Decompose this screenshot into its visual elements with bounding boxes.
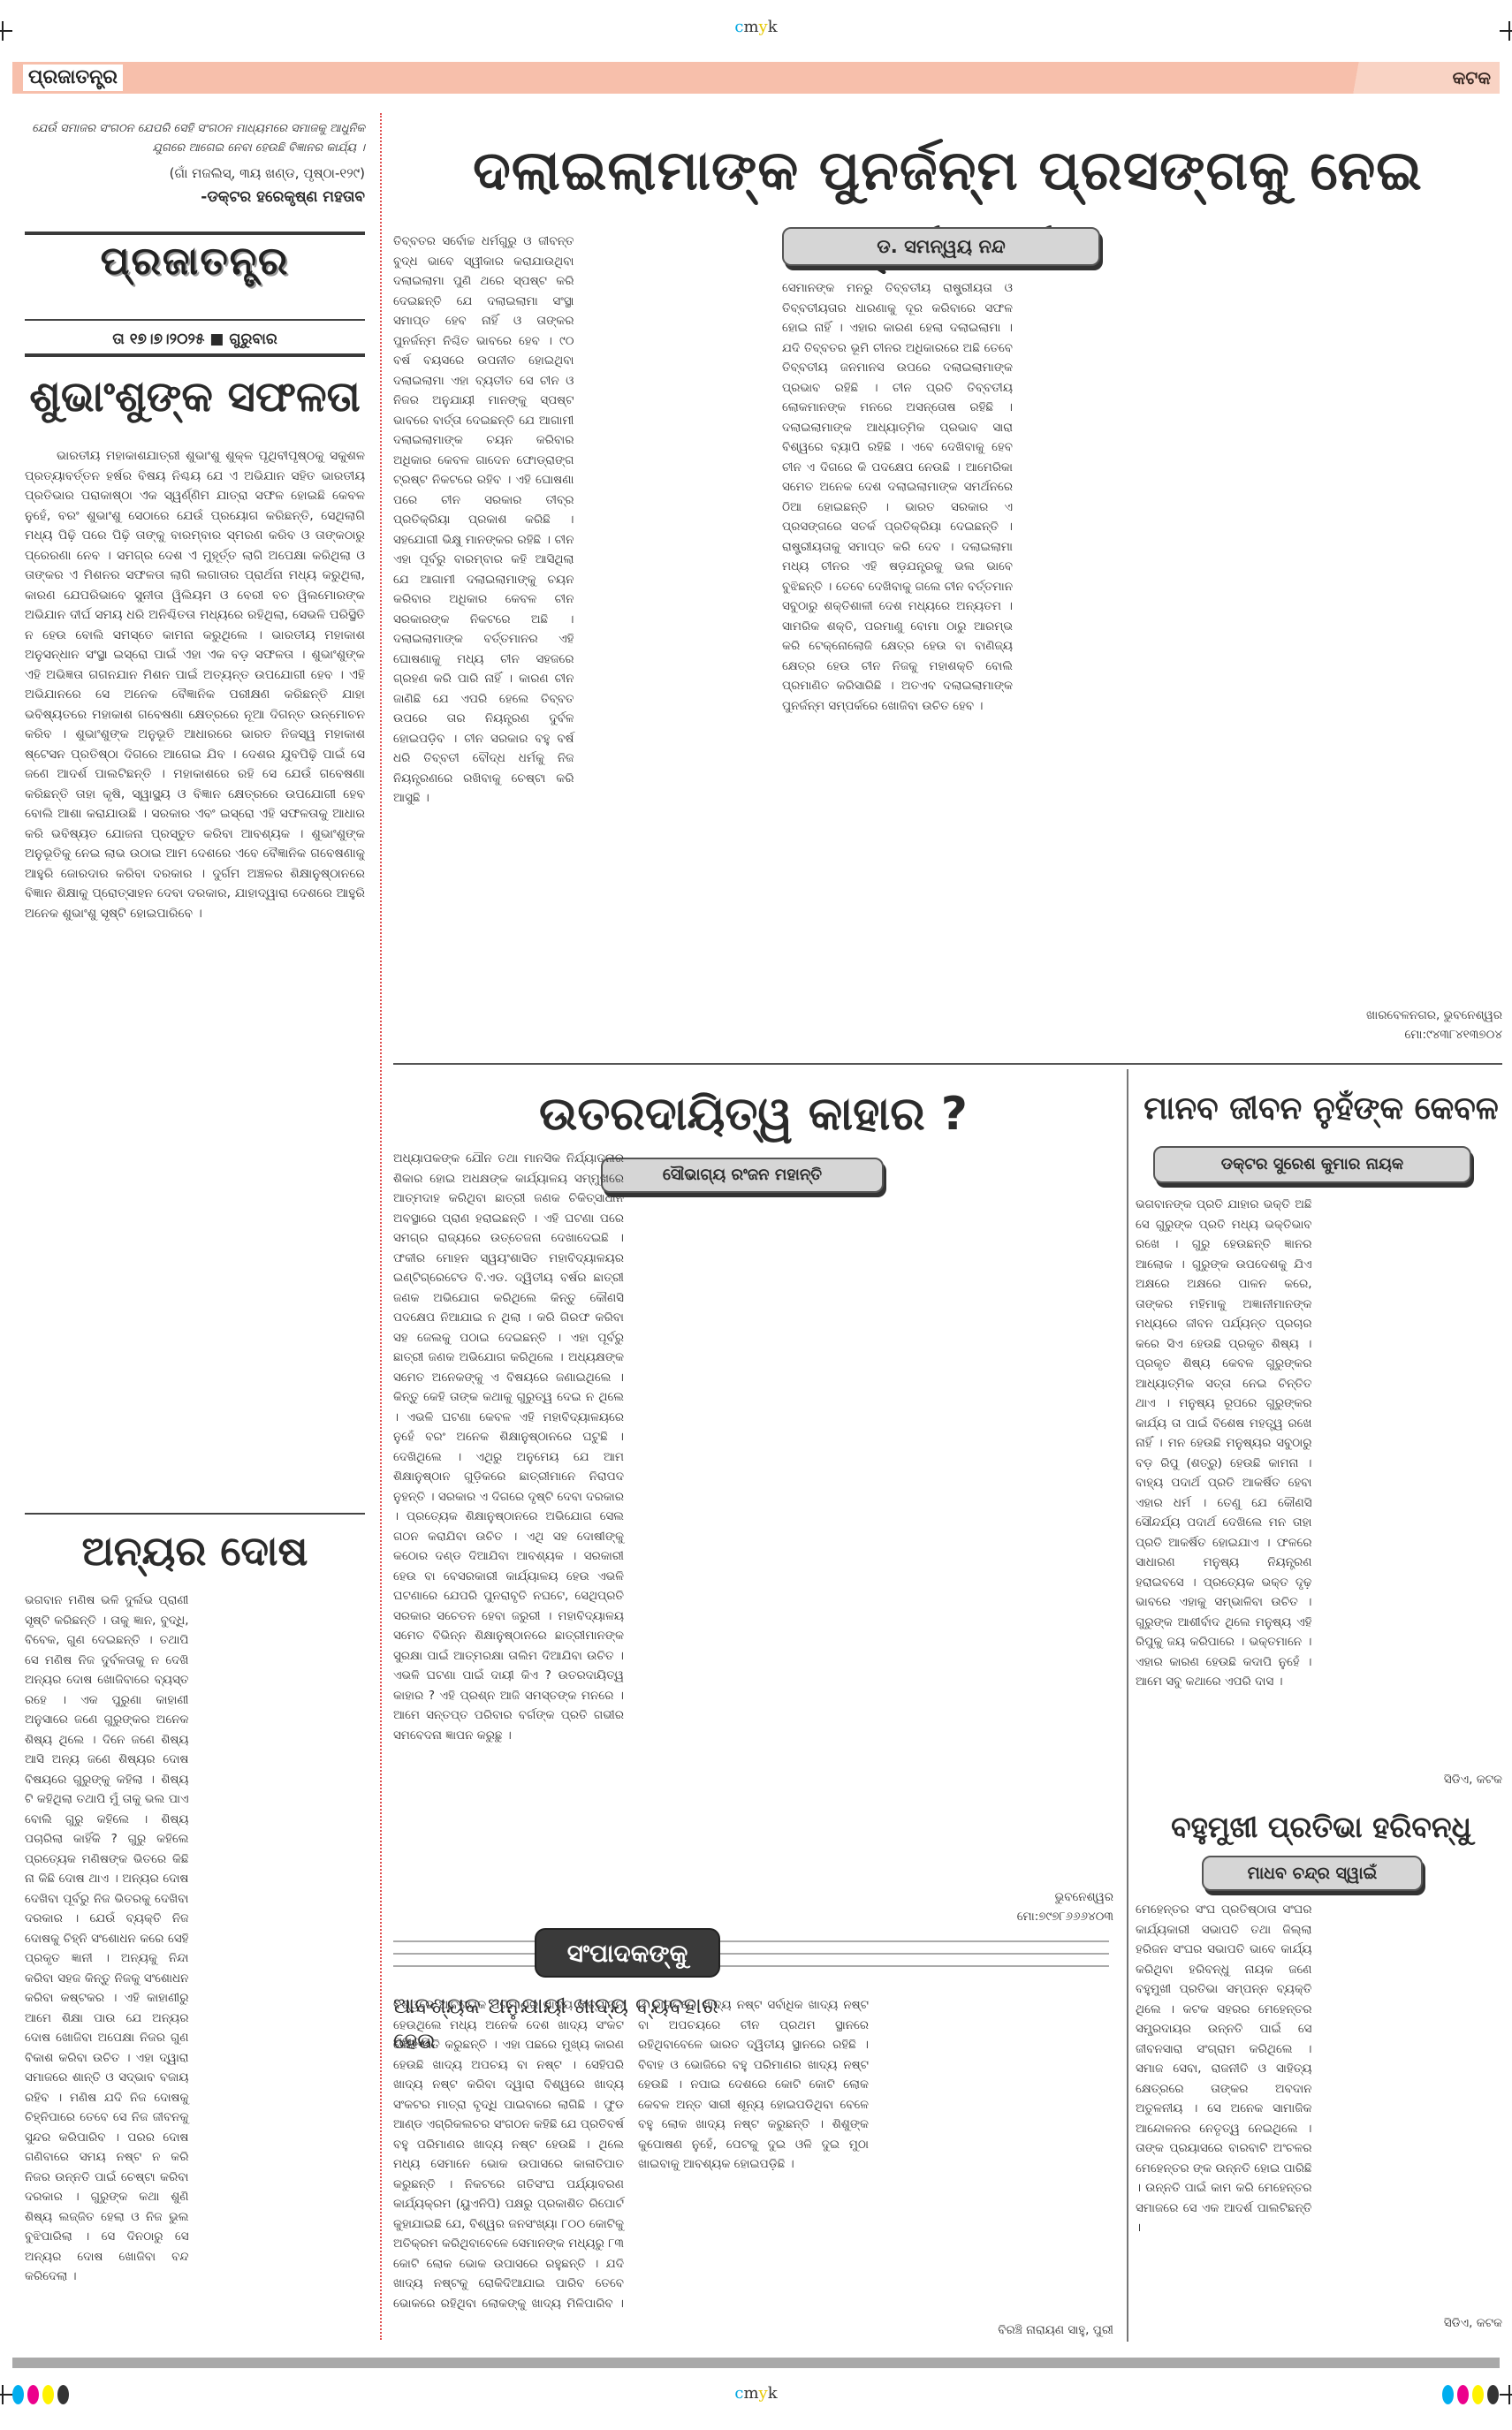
editorial2-body: ଭଗବାନ ମଣିଷ ଭଳି ଦୁର୍ଲଭ ପ୍ରାଣୀ ସୃଷ୍ଟି କରିଛ…: [25, 1591, 365, 2333]
lead-article-body-left: ତିବ୍ବତର ସର୍ବୋଚ୍ଚ ଧର୍ମଗୁରୁ ଓ ଜୀବନ୍ତ ବୁଦ୍ଧ…: [393, 232, 769, 1036]
divider: [25, 1513, 365, 1515]
letter-signoff: ବିରଞ୍ଚି ନାରାୟଣ ସାହୁ, ପୁରୀ: [884, 2320, 1113, 2341]
haribandhu-article-body: ମେହେନ୍ତର ସଂଘ ପ୍ରତିଷ୍ଠାତା ସଂଘର କାର୍ଯ୍ୟକାର…: [1136, 1900, 1502, 2324]
human-life-article-byline: ଡକ୍ଟର ସୁରେଶ କୁମାର ନାୟକ: [1153, 1146, 1471, 1183]
letter-body: ବିଶ୍ୱରେ ଆବଶ୍ୟକ ପରିମାଣର ଖାଦ୍ୟ ଉତ୍ପାଦନ ହେଉ…: [393, 1995, 1113, 2331]
divider: [25, 353, 365, 357]
human-life-article-body: ଭଗବାନଙ୍କ ପ୍ରତି ଯାହାର ଭକ୍ତି ଅଛି ସେ ଗୁରୁଙ୍…: [1136, 1195, 1502, 1747]
header-band: ପ୍ରଜାତନ୍ତ୍ର କଟକ: [12, 62, 1500, 94]
masthead-logo-small: ପ୍ରଜାତନ୍ତ୍ର: [23, 65, 123, 91]
quote-source: (ଗାଁ ମଜଲିସ୍, ୩ୟ ଖଣ୍ଡ, ପୃଷ୍ଠା-୧୨୯): [25, 163, 365, 184]
lead-article-signoff-phone: ମୋ:୯୪୩୮୪୧୩୭୦୪: [1308, 1025, 1502, 1045]
cmyk-label-top: cmyk: [0, 18, 1512, 36]
lead-article-signoff-place: ଖାରବେଳନଗର, ଭୁବନେଶ୍ୱର: [1308, 1006, 1502, 1026]
letters-section-rules: [393, 1937, 1109, 1972]
newspaper-logo: ପ୍ରଜାତନ୍ତ୍ର: [25, 239, 365, 292]
editorial-title: ଶୁଭାଂଶୁଙ୍କ ସଫଳତା: [25, 369, 365, 424]
right-column-divider: [1127, 1069, 1128, 2342]
haribandhu-article-byline: ମାଧବ ଚନ୍ଦ୍ର ସ୍ୱାଇଁ: [1202, 1856, 1423, 1891]
masthead-quote: ଯେଉଁ ସମାଜର ସଂଗଠନ ଯେପରି ସେହି ସଂଗଠନ ମାଧ୍ୟମ…: [25, 119, 365, 158]
human-life-article-title: ମାନବ ଜୀବନ ନୁହଁଙ୍କ କେବଳ: [1136, 1082, 1507, 1135]
lead-article-byline: ଡ. ସମନ୍ୱୟ ନନ୍ଦ: [782, 227, 1100, 266]
responsibility-article-body: ଅଧ୍ୟାପକଙ୍କ ଯୌନ ତଥା ମାନସିକ ନିର୍ଯ୍ୟାତନାର ଶ…: [393, 1149, 1113, 1882]
divider: [25, 232, 365, 235]
letters-section-title: ସଂପାଦକଙ୍କୁ ପତ୍ର: [535, 1928, 720, 1978]
responsibility-signoff-place: ଭୁବନେଶ୍ୱର: [919, 1887, 1113, 1908]
responsibility-article-title: ଉତରଦାୟିତ୍ୱ କାହାର ?: [393, 1082, 1113, 1146]
sidebar-divider: [380, 113, 382, 2340]
editorial2-title: ଅନ୍ୟର ଦୋଷ: [25, 1520, 365, 1582]
lead-article-body-right: ସେମାନଙ୍କ ମନରୁ ତିବ୍ବତୀୟ ରାଷ୍ଟ୍ରୀୟତା ଓ ତିବ…: [782, 278, 1502, 981]
edition-city: କଟକ: [1453, 67, 1491, 88]
haribandhu-signoff: ସିଡିଏ, କଟକ: [1326, 2313, 1502, 2334]
issue-date: ତା ୧୭।୭।୨୦୨୫ ■ ଗୁରୁବାର: [25, 330, 365, 348]
divider: [25, 319, 365, 321]
human-life-signoff: ସିଡିଏ, କଟକ: [1326, 1770, 1502, 1790]
cmyk-label-bottom: cmyk: [0, 2384, 1512, 2403]
quote-author: -ଡକ୍ଟର ହରେକୃଷ୍ଣ ମହତାବ: [25, 188, 365, 206]
divider: [393, 1063, 1502, 1065]
responsibility-signoff-phone: ମୋ:୭୯୭୮୬୬୬୪୦୩: [919, 1907, 1113, 1927]
editorial-body: ଭାରତୀୟ ମହାକାଶଯାତ୍ରୀ ଶୁଭାଂଶୁ ଶୁକ୍ଳ ପୃଥିବୀ…: [25, 446, 365, 1489]
footer-band: [12, 2358, 1500, 2368]
